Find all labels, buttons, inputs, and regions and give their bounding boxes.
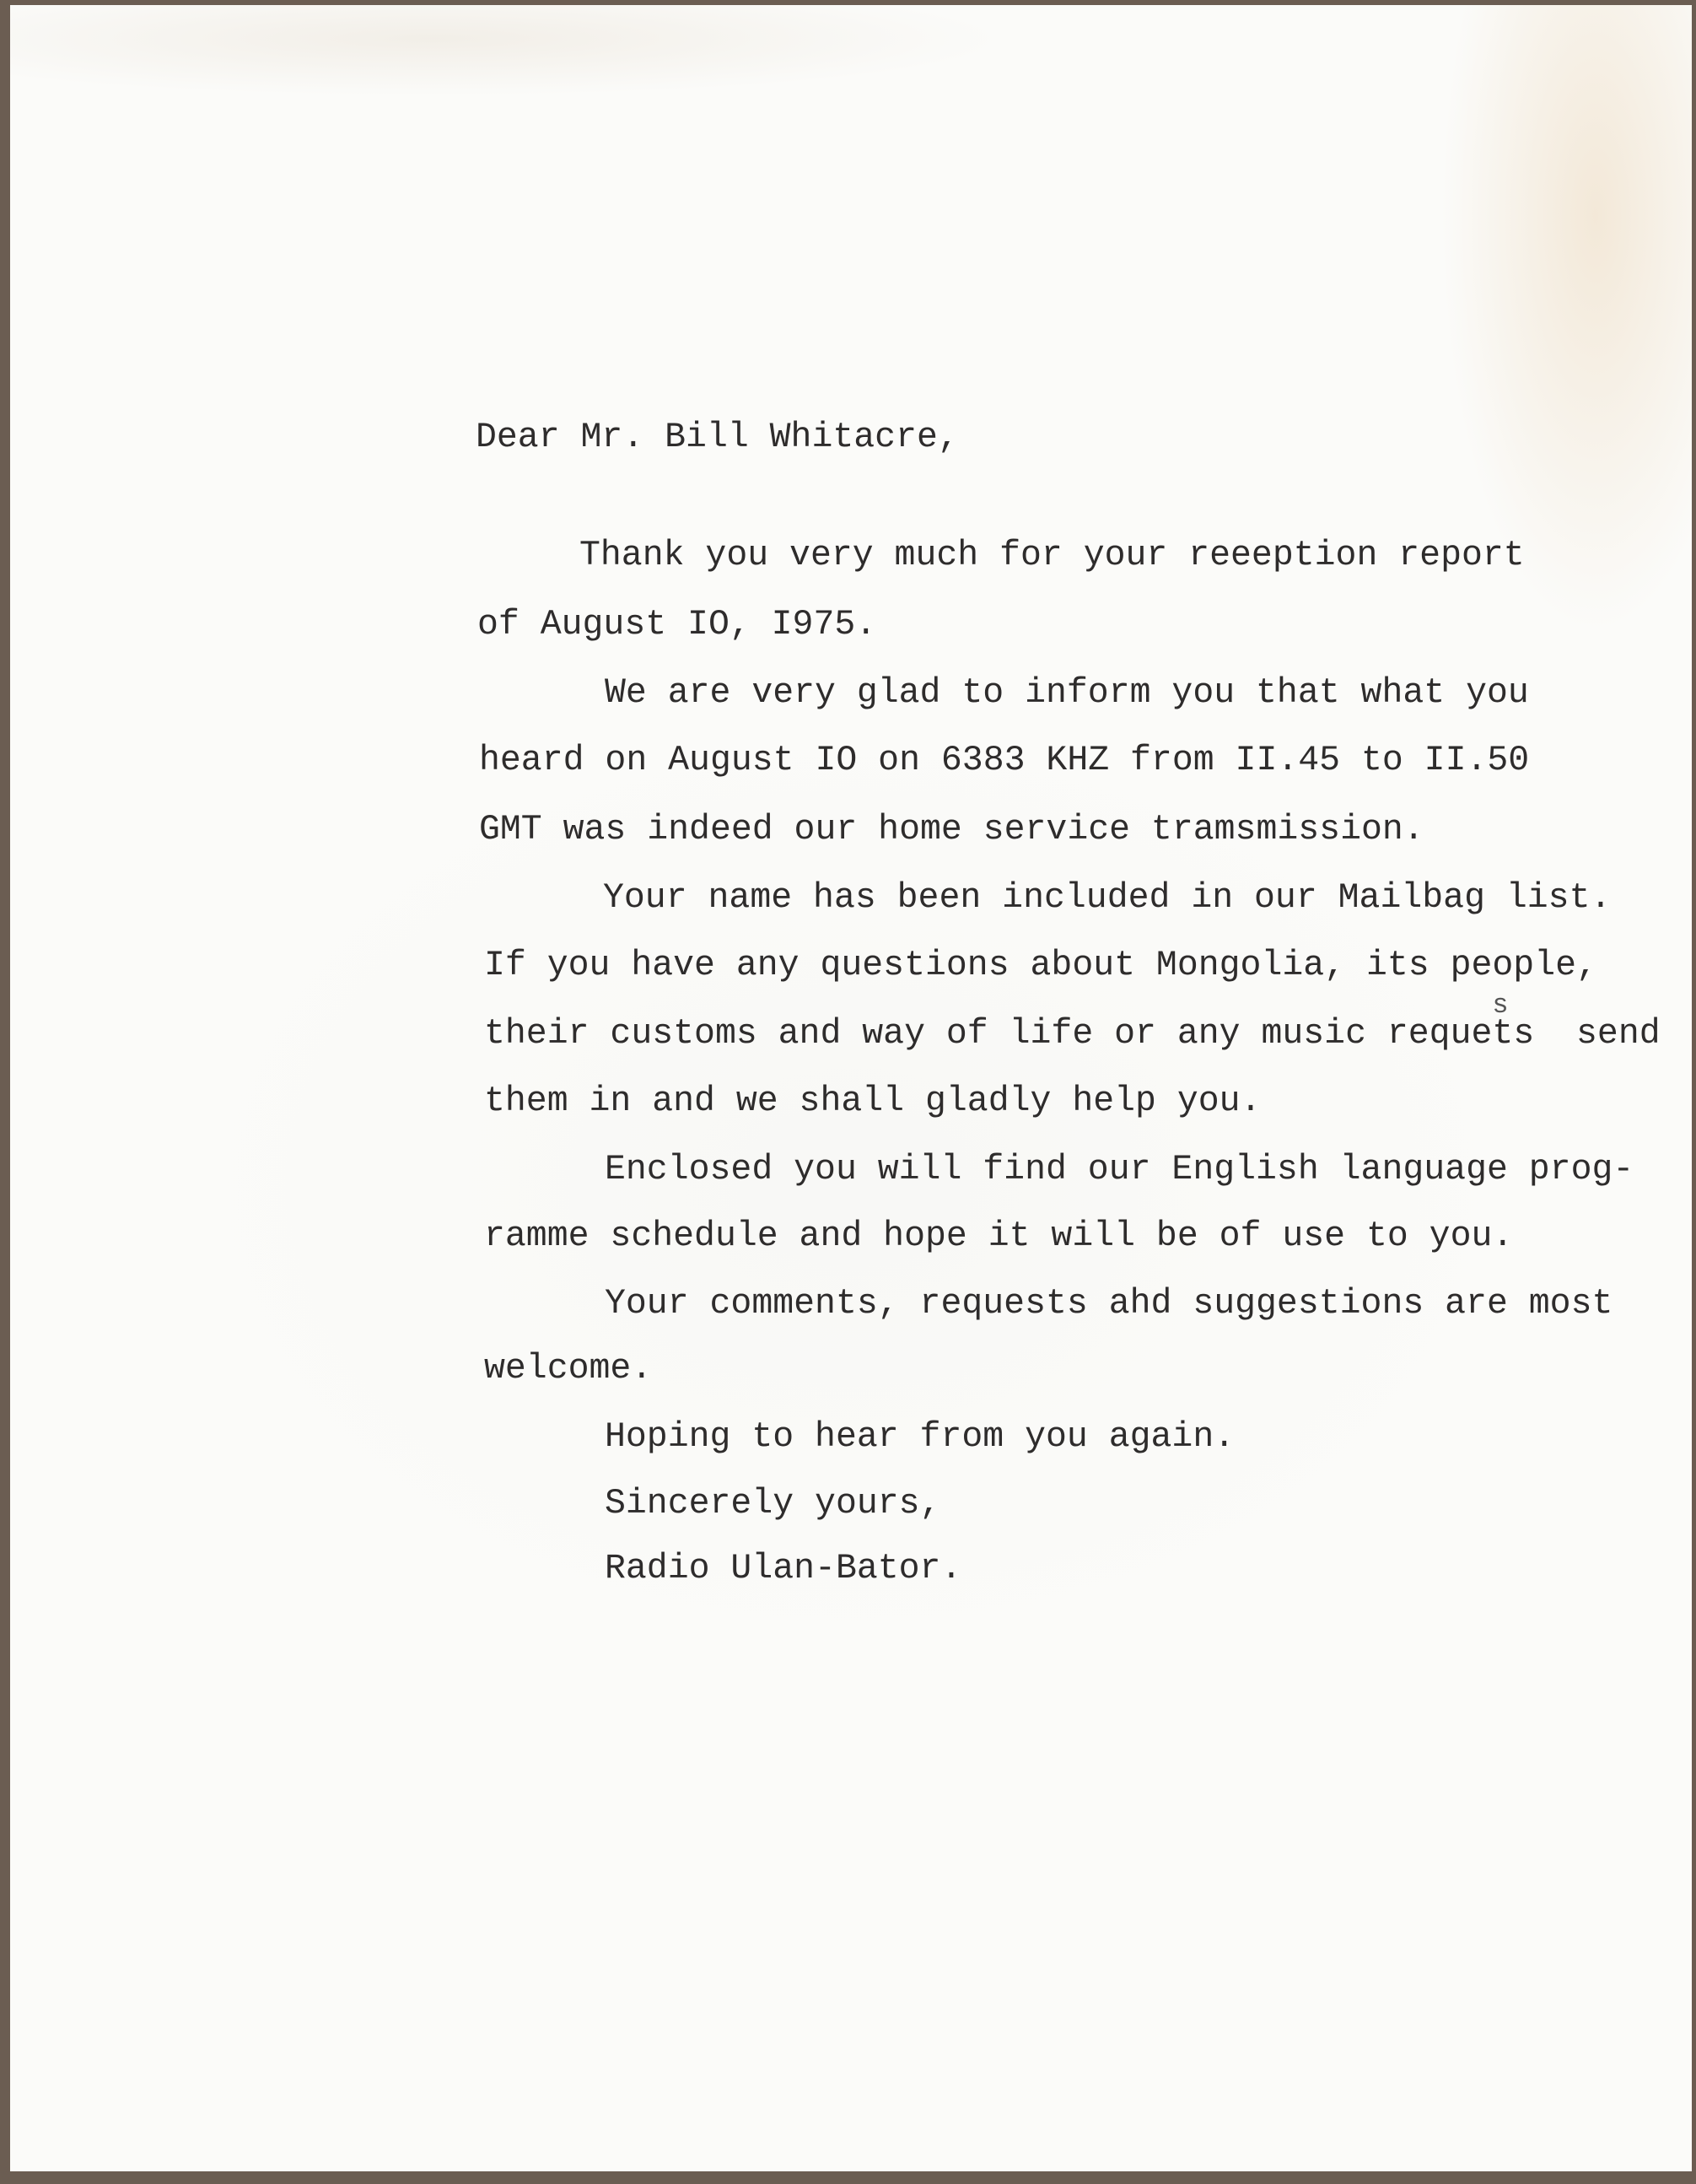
paragraph-3-line-4: them in and we shall gladly help you. bbox=[484, 1084, 1261, 1119]
paragraph-2-line-2: heard on August IO on 6383 KHZ from II.4… bbox=[479, 743, 1529, 779]
line-text-after: s send bbox=[1513, 1014, 1660, 1054]
closing-signoff: Sincerely yours, bbox=[605, 1486, 940, 1522]
paragraph-1-line-1: Thank you very much for your reeeption r… bbox=[579, 538, 1525, 574]
closing-signature: Radio Ulan-Bator. bbox=[605, 1551, 961, 1587]
paragraph-1-line-2: of August IO, I975. bbox=[477, 607, 876, 643]
paragraph-4-line-2: ramme schedule and hope it will be of us… bbox=[484, 1219, 1513, 1254]
closing-hope: Hoping to hear from you again. bbox=[605, 1420, 1235, 1455]
overstrike-correction: ts bbox=[1492, 1014, 1513, 1054]
paragraph-4-line-1: Enclosed you will find our English langu… bbox=[605, 1152, 1634, 1188]
overtyped-letter: s bbox=[1492, 992, 1508, 1019]
salutation: Dear Mr. Bill Whitacre, bbox=[476, 420, 959, 456]
paragraph-3-line-2: If you have any questions about Mongolia… bbox=[484, 948, 1597, 984]
line-text-before: their customs and way of life or any mus… bbox=[484, 1014, 1492, 1054]
paragraph-2-line-1: We are very glad to inform you that what… bbox=[605, 676, 1529, 711]
paragraph-3-line-1: Your name has been included in our Mailb… bbox=[603, 881, 1611, 916]
letter-paper: Dear Mr. Bill Whitacre, Thank you very m… bbox=[10, 5, 1692, 2171]
paragraph-3-line-3: their customs and way of life or any mus… bbox=[484, 1017, 1661, 1052]
paragraph-5-line-2: welcome. bbox=[484, 1351, 652, 1387]
paragraph-2-line-3: GMT was indeed our home service tramsmis… bbox=[479, 812, 1424, 848]
paragraph-5-line-1: Your comments, requests ahd suggestions … bbox=[605, 1286, 1613, 1322]
